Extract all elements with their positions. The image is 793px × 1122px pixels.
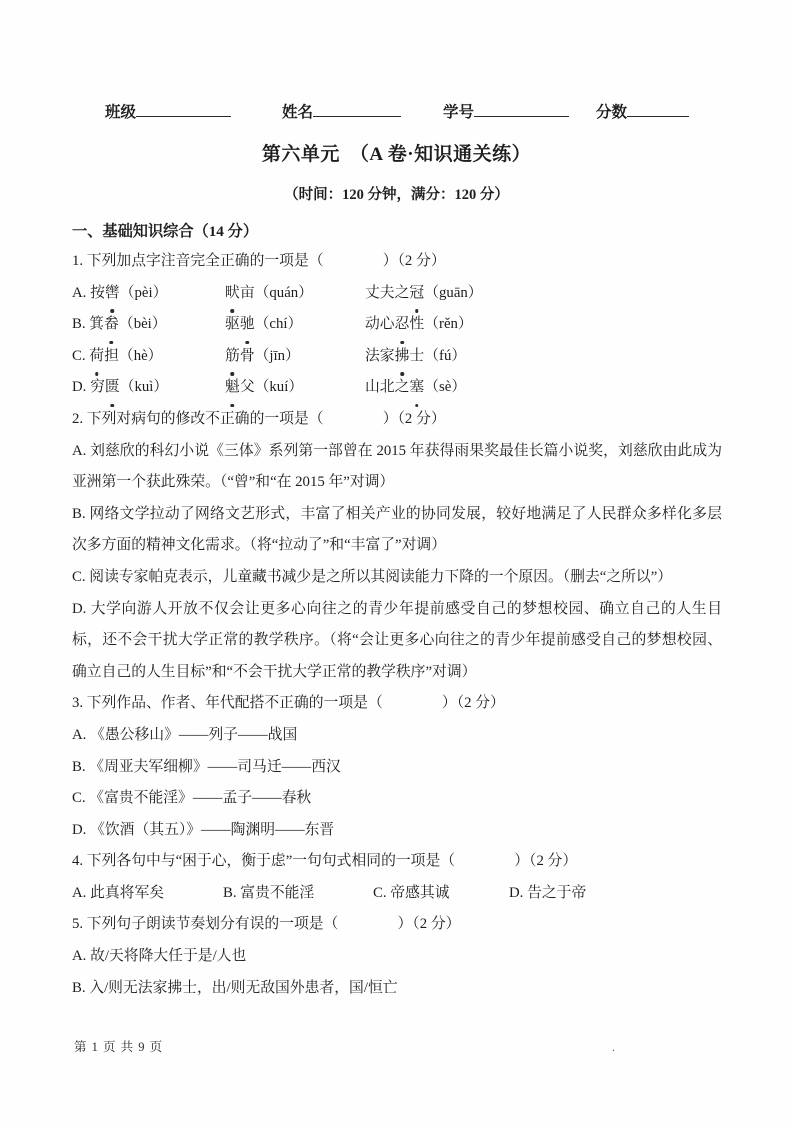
- pinyin-annotation: 亩（quán）: [240, 285, 313, 301]
- emphasized-char: 拂: [395, 341, 410, 373]
- name-field: 姓名: [282, 100, 401, 122]
- question-5-stem: 5. 下列句子朗读节奏划分有误的一项是（ ）（2 分）: [72, 909, 722, 941]
- text-segment: C.: [72, 348, 89, 364]
- q3-option-a: A. 《愚公移山》——列子——战国: [72, 720, 722, 752]
- stray-mark: .: [612, 1040, 615, 1055]
- q1-c-item-2: 筋骨（jīn）: [225, 341, 365, 373]
- emphasized-char: 辔: [105, 278, 120, 310]
- text-segment: 驱: [225, 316, 240, 332]
- q3-option-d: D. 《饮酒（其五）》——陶渊明——东晋: [72, 815, 722, 847]
- pinyin-annotation: （sè）: [424, 379, 466, 395]
- pinyin-annotation: 骨（jīn）: [240, 348, 300, 364]
- q1-b-item-3: 动心忍性（rěn）: [365, 309, 722, 341]
- emphasized-char: 畚: [104, 309, 119, 341]
- class-blank-line[interactable]: [136, 103, 231, 117]
- q3-option-b: B. 《周亚夫军细柳》——司马迁——西汉: [72, 752, 722, 784]
- question-1-stem: 1. 下列加点字注音完全正确的一项是（ ）（2 分）: [72, 246, 722, 278]
- q5-option-a: A. 故/天将降大任于是/人也: [72, 941, 722, 973]
- q1-d-item-2: 魁父（kuí）: [225, 372, 365, 404]
- student-id-field-label: 学号: [443, 104, 474, 121]
- q1-d-item-3: 山北之塞（sè）: [365, 372, 722, 404]
- q1-a-item-3: 丈夫之冠（guān）: [365, 278, 722, 310]
- pinyin-annotation: 士（fú）: [409, 348, 466, 364]
- pinyin-annotation: （pèi）: [120, 285, 168, 301]
- question-2-stem: 2. 下列对病句的修改不正确的一项是（ ）（2 分）: [72, 404, 722, 436]
- q5-option-b: B. 入/则无法家拂士，出/则无敌国外患者，国/恒亡: [72, 973, 722, 1005]
- emphasized-char: 忍: [395, 309, 410, 341]
- score-field-label: 分数: [596, 104, 627, 121]
- class-field: 班级: [105, 100, 231, 122]
- student-id-field: 学号: [443, 100, 569, 122]
- score-blank-line[interactable]: [627, 103, 689, 117]
- pinyin-annotation: （guān）: [424, 285, 482, 301]
- text-segment: 丈夫之: [365, 285, 409, 301]
- score-field: 分数: [596, 100, 689, 122]
- q1-c-item-1: C. 荷担（hè）: [72, 341, 225, 373]
- question-body: 1. 下列加点字注音完全正确的一项是（ ）（2 分） A. 按辔（pèi） 畎亩…: [72, 246, 722, 1004]
- q2-option-d: D. 大学向游人开放不仅会让更多心向往之的青少年提前感受自己的梦想校园、确立自己…: [72, 594, 722, 689]
- pinyin-annotation: （kuì）: [120, 379, 169, 395]
- emphasized-char: 畎: [225, 278, 240, 310]
- q1-a-item-1: A. 按辔（pèi）: [72, 278, 225, 310]
- q1-option-b-row: B. 箕畚（bèi） 驱驰（chí） 动心忍性（rěn）: [72, 309, 722, 341]
- q1-c-item-3: 法家拂士（fú）: [365, 341, 722, 373]
- class-field-label: 班级: [105, 104, 136, 121]
- question-4-stem: 4. 下列各句中与“困于心，衡于虑”一句句式相同的一项是（ ）（2 分）: [72, 846, 722, 878]
- emphasized-char: 魁: [225, 372, 240, 404]
- pinyin-annotation: （chí）: [255, 316, 303, 332]
- q2-option-b: B. 网络文学拉动了网络文艺形式，丰富了相关产业的协同发展，较好地满足了人民群众…: [72, 499, 722, 562]
- q1-option-c-row: C. 荷担（hè） 筋骨（jīn） 法家拂士（fú）: [72, 341, 722, 373]
- emphasized-char: 驰: [240, 309, 255, 341]
- text-segment: B. 箕: [72, 316, 104, 332]
- text-segment: 山北之: [365, 379, 409, 395]
- text-segment: 法家: [365, 348, 395, 364]
- header-fields-row: 班级 姓名 学号 分数: [72, 100, 722, 124]
- q1-a-item-2: 畎亩（quán）: [225, 278, 365, 310]
- pinyin-annotation: 担（hè）: [104, 348, 162, 364]
- emphasized-char: 塞: [409, 372, 424, 404]
- name-blank-line[interactable]: [313, 103, 401, 117]
- q1-option-d-row: D. 穷匮（kuì） 魁父（kuí） 山北之塞（sè）: [72, 372, 722, 404]
- exam-paper-page: 班级 姓名 学号 分数 第六单元 （A 卷·知识通关练） （时间：120 分钟，…: [0, 0, 793, 1122]
- q2-option-a: A. 刘慈欣的科幻小说《三体》系列第一部曾在 2015 年获得雨果奖最佳长篇小说…: [72, 436, 722, 499]
- pinyin-annotation: 父（kuí）: [240, 379, 303, 395]
- page-number-footer: 第 1 页 共 9 页: [74, 1037, 163, 1055]
- q2-option-c: C. 阅读专家帕克表示，儿童藏书减少是之所以其阅读能力下降的一个原因。（删去“之…: [72, 562, 722, 594]
- section-1-heading: 一、基础知识综合（14 分）: [72, 220, 722, 241]
- q4-option-b: B. 富贵不能淫: [223, 878, 373, 910]
- emphasized-char: 筋: [225, 341, 240, 373]
- pinyin-annotation: （bèi）: [119, 316, 167, 332]
- emphasized-char: 冠: [409, 278, 424, 310]
- q4-option-c: C. 帝感其诚: [373, 878, 509, 910]
- emphasized-char: 荷: [89, 341, 104, 373]
- q1-d-item-1: D. 穷匮（kuì）: [72, 372, 225, 404]
- paper-title: 第六单元 （A 卷·知识通关练）: [0, 139, 793, 166]
- q1-b-item-2: 驱驰（chí）: [225, 309, 365, 341]
- question-3-stem: 3. 下列作品、作者、年代配搭不正确的一项是（ ）（2 分）: [72, 688, 722, 720]
- q3-option-c: C. 《富贵不能淫》——孟子——春秋: [72, 783, 722, 815]
- text-segment: D. 穷: [72, 379, 105, 395]
- q1-option-a-row: A. 按辔（pèi） 畎亩（quán） 丈夫之冠（guān）: [72, 278, 722, 310]
- q4-option-a: A. 此真将军矣: [72, 878, 223, 910]
- pinyin-annotation: 性（rěn）: [409, 316, 472, 332]
- text-segment: A. 按: [72, 285, 105, 301]
- q1-b-item-1: B. 箕畚（bèi）: [72, 309, 225, 341]
- name-field-label: 姓名: [282, 104, 313, 121]
- student-id-blank-line[interactable]: [474, 103, 569, 117]
- paper-subtitle: （时间：120 分钟，满分：120 分）: [0, 183, 793, 204]
- q4-options-row: A. 此真将军矣 B. 富贵不能淫 C. 帝感其诚 D. 告之于帝: [72, 878, 722, 910]
- emphasized-char: 匮: [105, 372, 120, 404]
- q4-option-d: D. 告之于帝: [509, 878, 722, 910]
- text-segment: 动心: [365, 316, 395, 332]
